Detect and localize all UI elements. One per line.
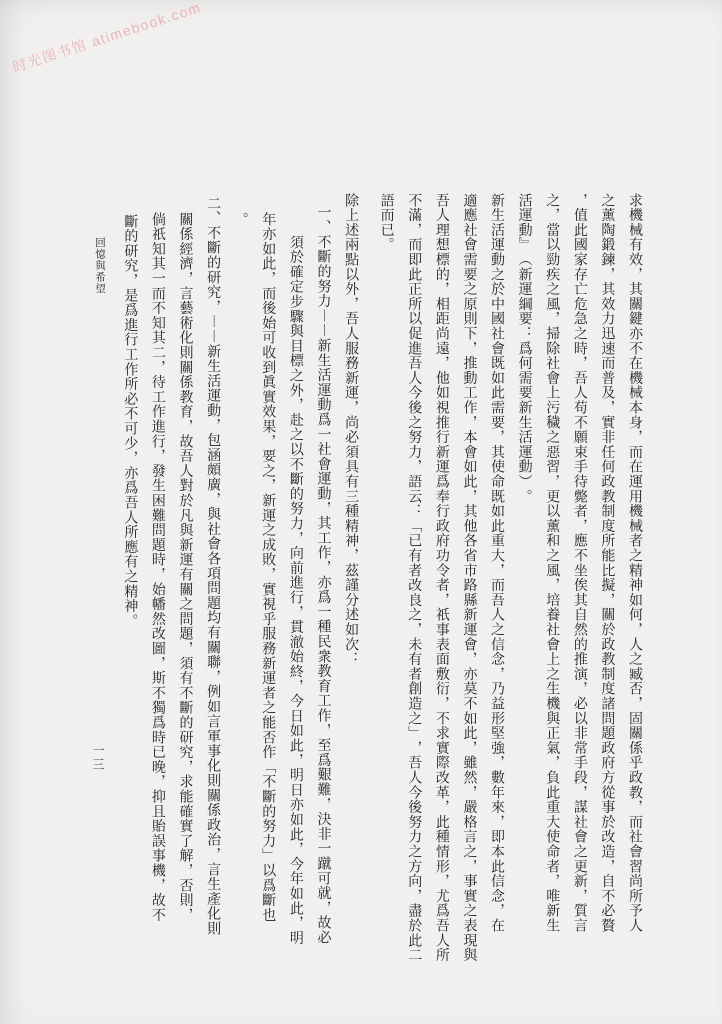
page-number: 一三 [90, 744, 106, 772]
text-column: 倘祇知其一而不知其二，待工作進行，發生困難問題時，始幡然改圖，斯不獨爲時已晚，抑… [143, 193, 171, 971]
text-column: 適應社會需要之原則下，推動工作，本會如此，其他各省市路縣新運會，亦莫不如此，雖然… [455, 193, 483, 971]
text-column: 之薰陶鍛鍊，其效力迅速而普及，實非任何政教制度所能比擬，關於政教制度諸問題政府方… [593, 193, 621, 971]
text-column: 新生活運動之於中國社會既如此需要，其使命既如此重大，而吾人之信念，乃益形堅強，數… [482, 193, 510, 971]
text-column: 斷的研究，是爲進行工作所必不可少，亦爲吾人所應有之精神。 [116, 193, 144, 971]
text-column: 活運動﹄︵新運綱要：爲何需要新生活運動︶。 [510, 193, 538, 971]
text-column: 求機械有效，其關鍵亦不在機械本身，而在運用機械者之精神如何，人之臧否，固關係乎政… [620, 193, 648, 971]
text-column: 二、不斷的研究，︱︱新生活運動，包涵頗廣，與社會各項問題均有關聯，例如言軍事化則… [199, 193, 227, 971]
watermark: 时光图书馆 atimebook.com [10, 0, 204, 77]
text-column: 之，當以勁疾之風，掃除社會上污穢之惡習，更以薰和之風，培養社會上之生機與正氣，負… [538, 193, 566, 971]
text-column: 除上述兩點以外，吾人服務新運，尚必須具有三種精神，茲謹分述如次： [336, 193, 364, 971]
text-column: 一、不斷的努力︱︱新生活運動爲一社會運動，其工作，亦爲一種民衆教育工作，至爲艱難… [309, 193, 337, 971]
text-column: ，值此國家存亡危急之時，吾人苟不願束手待斃者，應不坐俟其自然的推演，必以非常手段… [565, 193, 593, 971]
margin-book-title: 回憶與希望 [92, 237, 106, 295]
text-column: 關係經濟，言藝術化則關係教育，故吾人對於凡與新運有關之問題，須有不斷的研究，求能… [171, 193, 199, 971]
document-page: 时光图书馆 atimebook.com 求機械有效，其關鍵亦不在機械本身，而在運… [0, 0, 722, 1024]
text-column: 年亦如此，而後始可收到眞實效果，要之，新運之成敗，實視乎服務新運者之能否作﹁不斷… [254, 193, 282, 971]
text-column: 語而已。 [372, 193, 400, 971]
text-column: 須於確定步驟與目標之外，赴之以不斷的努力，向前進行，貫澈始終，今日如此，明日亦如… [281, 193, 309, 971]
text-column: 不滿，而即此正所以促進吾人今後之努力，語云：﹁已有者改良之，未有者創造之﹂，吾人… [400, 193, 428, 971]
text-column: 吾人理想標的，相距尚遠，他如視推行新運爲奉行政府功令者，祇事表面敷衍，不求實際改… [427, 193, 455, 971]
text-column: 。 [226, 193, 254, 971]
page-text-columns: 求機械有效，其關鍵亦不在機械本身，而在運用機械者之精神如何，人之臧否，固關係乎政… [116, 193, 648, 971]
